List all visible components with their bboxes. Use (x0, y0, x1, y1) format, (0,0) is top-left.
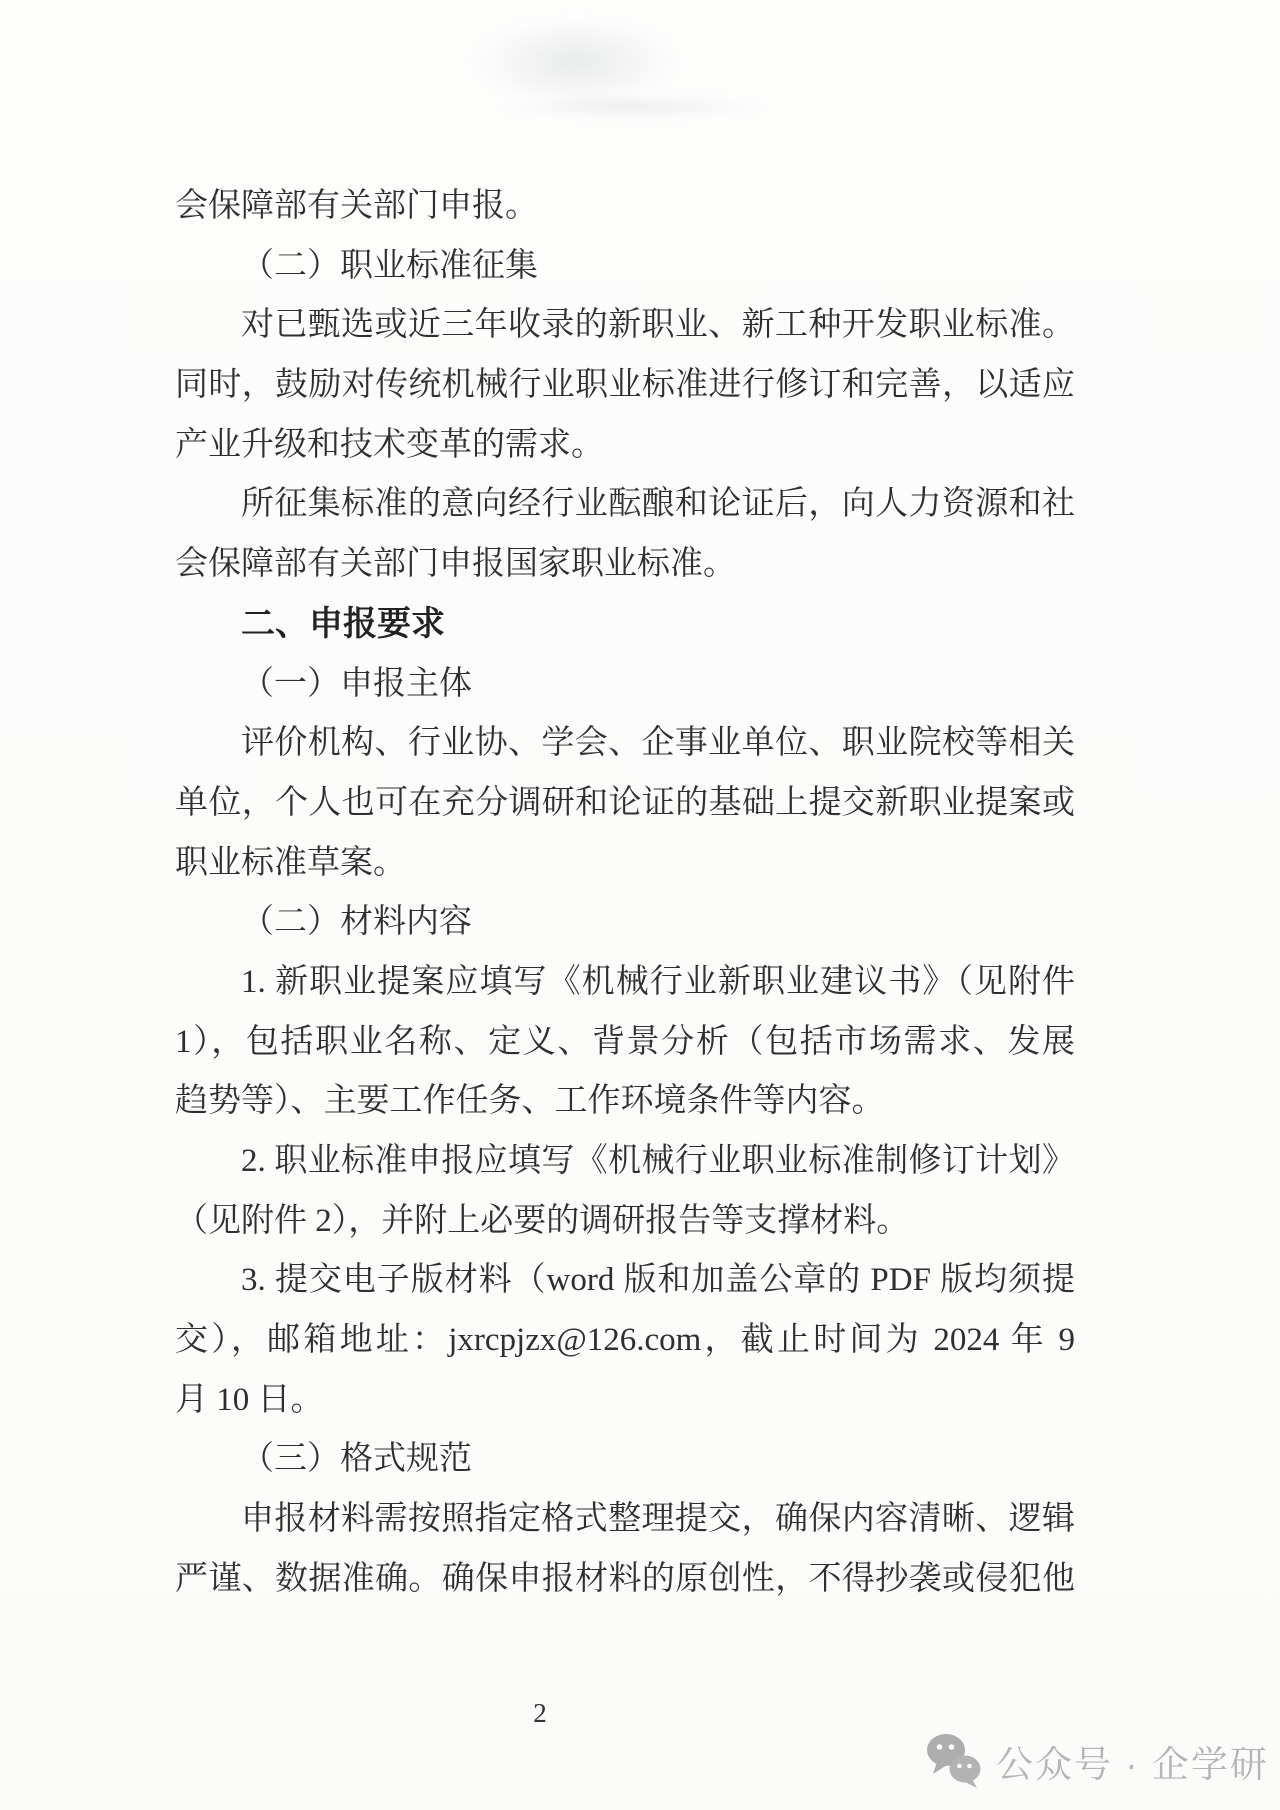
text-line: 1），包括职业名称、定义、背景分析（包括市场需求、发展 (175, 1013, 1075, 1073)
text-line: 产业升级和技术变革的需求。 (175, 416, 1075, 476)
text-line: 1. 新职业提案应填写《机械行业新职业建议书》（见附件 (175, 953, 1075, 1013)
text-line: 会保障部有关部门申报国家职业标准。 (175, 535, 1075, 595)
text-line: （见附件 2），并附上必要的调研报告等支撑材料。 (175, 1192, 1075, 1252)
scan-smudge (498, 94, 766, 120)
text-block: 会保障部有关部门申报。（二）职业标准征集对已甄选或近三年收录的新职业、新工种开发… (175, 177, 1075, 1610)
watermark: 公众号 · 企学研 (926, 1732, 1269, 1790)
text-line: 会保障部有关部门申报。 (175, 177, 1075, 237)
watermark-label: 公众号 · 企学研 (996, 1734, 1269, 1788)
text-line: 职业标准草案。 (175, 834, 1075, 894)
text-line: 3. 提交电子版材料（word 版和加盖公章的 PDF 版均须提 (175, 1251, 1075, 1311)
section-heading: 二、申报要求 (175, 595, 1075, 655)
text-line: 严谨、数据准确。确保申报材料的原创性，不得抄袭或侵犯他 (175, 1550, 1075, 1610)
text-line: （一）申报主体 (175, 655, 1075, 715)
text-line: （二）材料内容 (175, 893, 1075, 953)
text-line: 趋势等）、主要工作任务、工作环境条件等内容。 (175, 1072, 1075, 1132)
text-line: 2. 职业标准申报应填写《机械行业职业标准制修订计划》 (175, 1132, 1075, 1192)
text-line: 同时，鼓励对传统机械行业职业标准进行修订和完善，以适应 (175, 356, 1075, 416)
text-line: 所征集标准的意向经行业酝酿和论证后，向人力资源和社 (175, 475, 1075, 535)
wechat-icon (926, 1733, 984, 1789)
page-number: 2 (510, 1698, 570, 1729)
text-line: 申报材料需按照指定格式整理提交，确保内容清晰、逻辑 (175, 1490, 1075, 1550)
text-line: 单位，个人也可在充分调研和论证的基础上提交新职业提案或 (175, 774, 1075, 834)
text-line: 对已甄选或近三年收录的新职业、新工种开发职业标准。 (175, 296, 1075, 356)
text-line: 交），邮箱地址：jxrcpjzx@126.com，截止时间为 2024 年 9 (175, 1311, 1075, 1371)
document-page: 会保障部有关部门申报。（二）职业标准征集对已甄选或近三年收录的新职业、新工种开发… (0, 0, 1280, 1810)
text-line: 月 10 日。 (175, 1371, 1075, 1431)
text-line: （三）格式规范 (175, 1430, 1075, 1490)
text-line: （二）职业标准征集 (175, 237, 1075, 297)
text-line: 评价机构、行业协、学会、企事业单位、职业院校等相关 (175, 714, 1075, 774)
